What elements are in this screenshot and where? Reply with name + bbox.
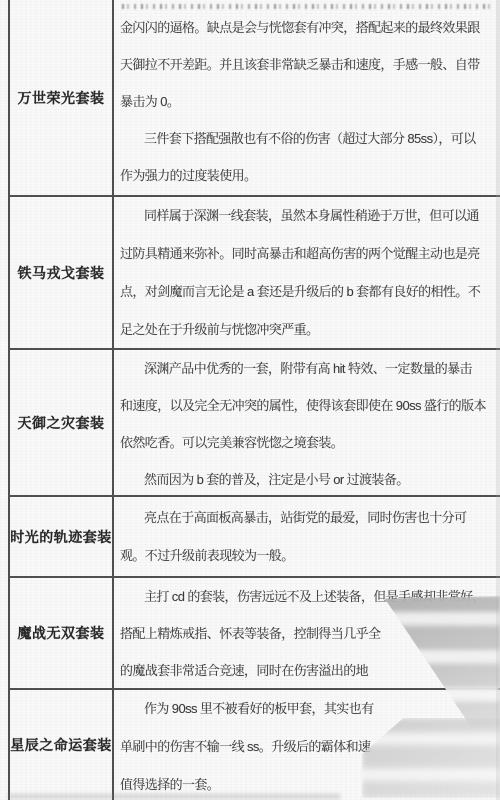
image-edge-artifact xyxy=(496,0,500,800)
set-name-cell: 魔战无双套装 xyxy=(10,578,114,688)
description-line: 作为 90ss 里不被看好的板甲套，其实也有 xyxy=(120,690,498,728)
set-name-cell: 铁马戎戈套装 xyxy=(10,197,114,348)
description-line: 单刷中的伤害不输一线 ss。升级后的霸体和速 xyxy=(120,728,498,766)
table-row: 星辰之命运套装作为 90ss 里不被看好的板甲套，其实也有单刷中的伤害不输一线 … xyxy=(10,690,500,800)
description-line: 天御拉不开差距。并且该套非常缺乏暴击和速度，手感一般、自带 xyxy=(120,46,498,83)
table-row: 万世荣光套装金闪闪的逼格。缺点是会与恍惚套有冲突，搭配起来的最终效果跟天御拉不开… xyxy=(10,0,500,197)
table-row: 时光的轨迹套装亮点在于高面板高暴击，站街党的最爱，同时伤害也十分可观。不过升级前… xyxy=(10,497,500,578)
description-line: 的魔战套非常适合竞速，同时在伤害溢出的地 xyxy=(120,652,498,689)
description-line: 主打 cd 的套装，伤害远远不及上述装备，但是手感却非常好， xyxy=(120,578,498,615)
description-line: 金闪闪的逼格。缺点是会与恍惚套有冲突，搭配起来的最终效果跟 xyxy=(120,9,498,46)
description-line: 然而因为 b 套的普及，注定是小号 or 过渡装备。 xyxy=(120,461,498,498)
table-row: 魔战无双套装主打 cd 的套装，伤害远远不及上述装备，但是手感却非常好，搭配上精… xyxy=(10,578,500,690)
description-line: 依然吃香。可以完美兼容恍惚之境套装。 xyxy=(120,424,498,461)
set-name-cell: 天御之灾套装 xyxy=(10,350,114,495)
equipment-set-table: 万世荣光套装金闪闪的逼格。缺点是会与恍惚套有冲突，搭配起来的最终效果跟天御拉不开… xyxy=(8,0,500,800)
set-name-cell: 星辰之命运套装 xyxy=(10,690,114,800)
description-line: 亮点在于高面板高暴击，站街党的最爱，同时伤害也十分可 xyxy=(120,499,498,537)
set-description-cell: 主打 cd 的套装，伤害远远不及上述装备，但是手感却非常好，搭配上精炼戒指、怀表… xyxy=(114,578,500,688)
description-line: 深渊产品中优秀的一套，附带有高 hit 特效、一定数量的暴击 xyxy=(120,350,498,387)
set-description-cell: 亮点在于高面板高暴击，站街党的最爱，同时伤害也十分可观。不过升级前表现较为一般。 xyxy=(114,497,500,576)
description-line: 搭配上精炼戒指、怀表等装备，控制得当几乎全 xyxy=(120,615,498,652)
table-row: 天御之灾套装深渊产品中优秀的一套，附带有高 hit 特效、一定数量的暴击和速度，… xyxy=(10,350,500,497)
description-line: 点，对剑魔而言无论是 a 套还是升级后的 b 套都有良好的相性。不 xyxy=(120,273,498,311)
set-description-cell: 深渊产品中优秀的一套，附带有高 hit 特效、一定数量的暴击和速度，以及完全无冲… xyxy=(114,350,500,495)
set-name-cell: 时光的轨迹套装 xyxy=(10,497,114,576)
table-row: 铁马戎戈套装同样属于深渊一线套装，虽然本身属性稍逊于万世，但可以通过防具精通来弥… xyxy=(10,197,500,350)
set-description-cell: 作为 90ss 里不被看好的板甲套，其实也有单刷中的伤害不输一线 ss。升级后的… xyxy=(114,690,500,800)
bottom-blur-artifact xyxy=(8,794,340,799)
article-table-screenshot: 万世荣光套装金闪闪的逼格。缺点是会与恍惚套有冲突，搭配起来的最终效果跟天御拉不开… xyxy=(0,0,500,800)
description-line: 观。不过升级前表现较为一般。 xyxy=(120,537,498,575)
set-description-cell: 同样属于深渊一线套装，虽然本身属性稍逊于万世，但可以通过防具精通来弥补。同时高暴… xyxy=(114,197,500,348)
set-name-cell: 万世荣光套装 xyxy=(10,0,114,195)
description-line: 暴击为 0。 xyxy=(120,83,498,120)
description-line: 过防具精通来弥补。同时高暴击和超高伤害的两个觉醒主动也是亮 xyxy=(120,235,498,273)
description-line: 作为强力的过度装使用。 xyxy=(120,157,498,194)
description-line: 足之处在于升级前与恍惚冲突严重。 xyxy=(120,311,498,349)
clipped-text-fragment xyxy=(122,0,494,9)
description-line: 三件套下搭配强散也有不俗的伤害（超过大部分 85ss），可以 xyxy=(120,120,498,157)
description-line: 和速度，以及完全无冲突的属性，使得该套即使在 90ss 盛行的版本 xyxy=(120,387,498,424)
description-line: 同样属于深渊一线套装，虽然本身属性稍逊于万世，但可以通 xyxy=(120,197,498,235)
set-description-cell: 金闪闪的逼格。缺点是会与恍惚套有冲突，搭配起来的最终效果跟天御拉不开差距。并且该… xyxy=(114,0,500,195)
